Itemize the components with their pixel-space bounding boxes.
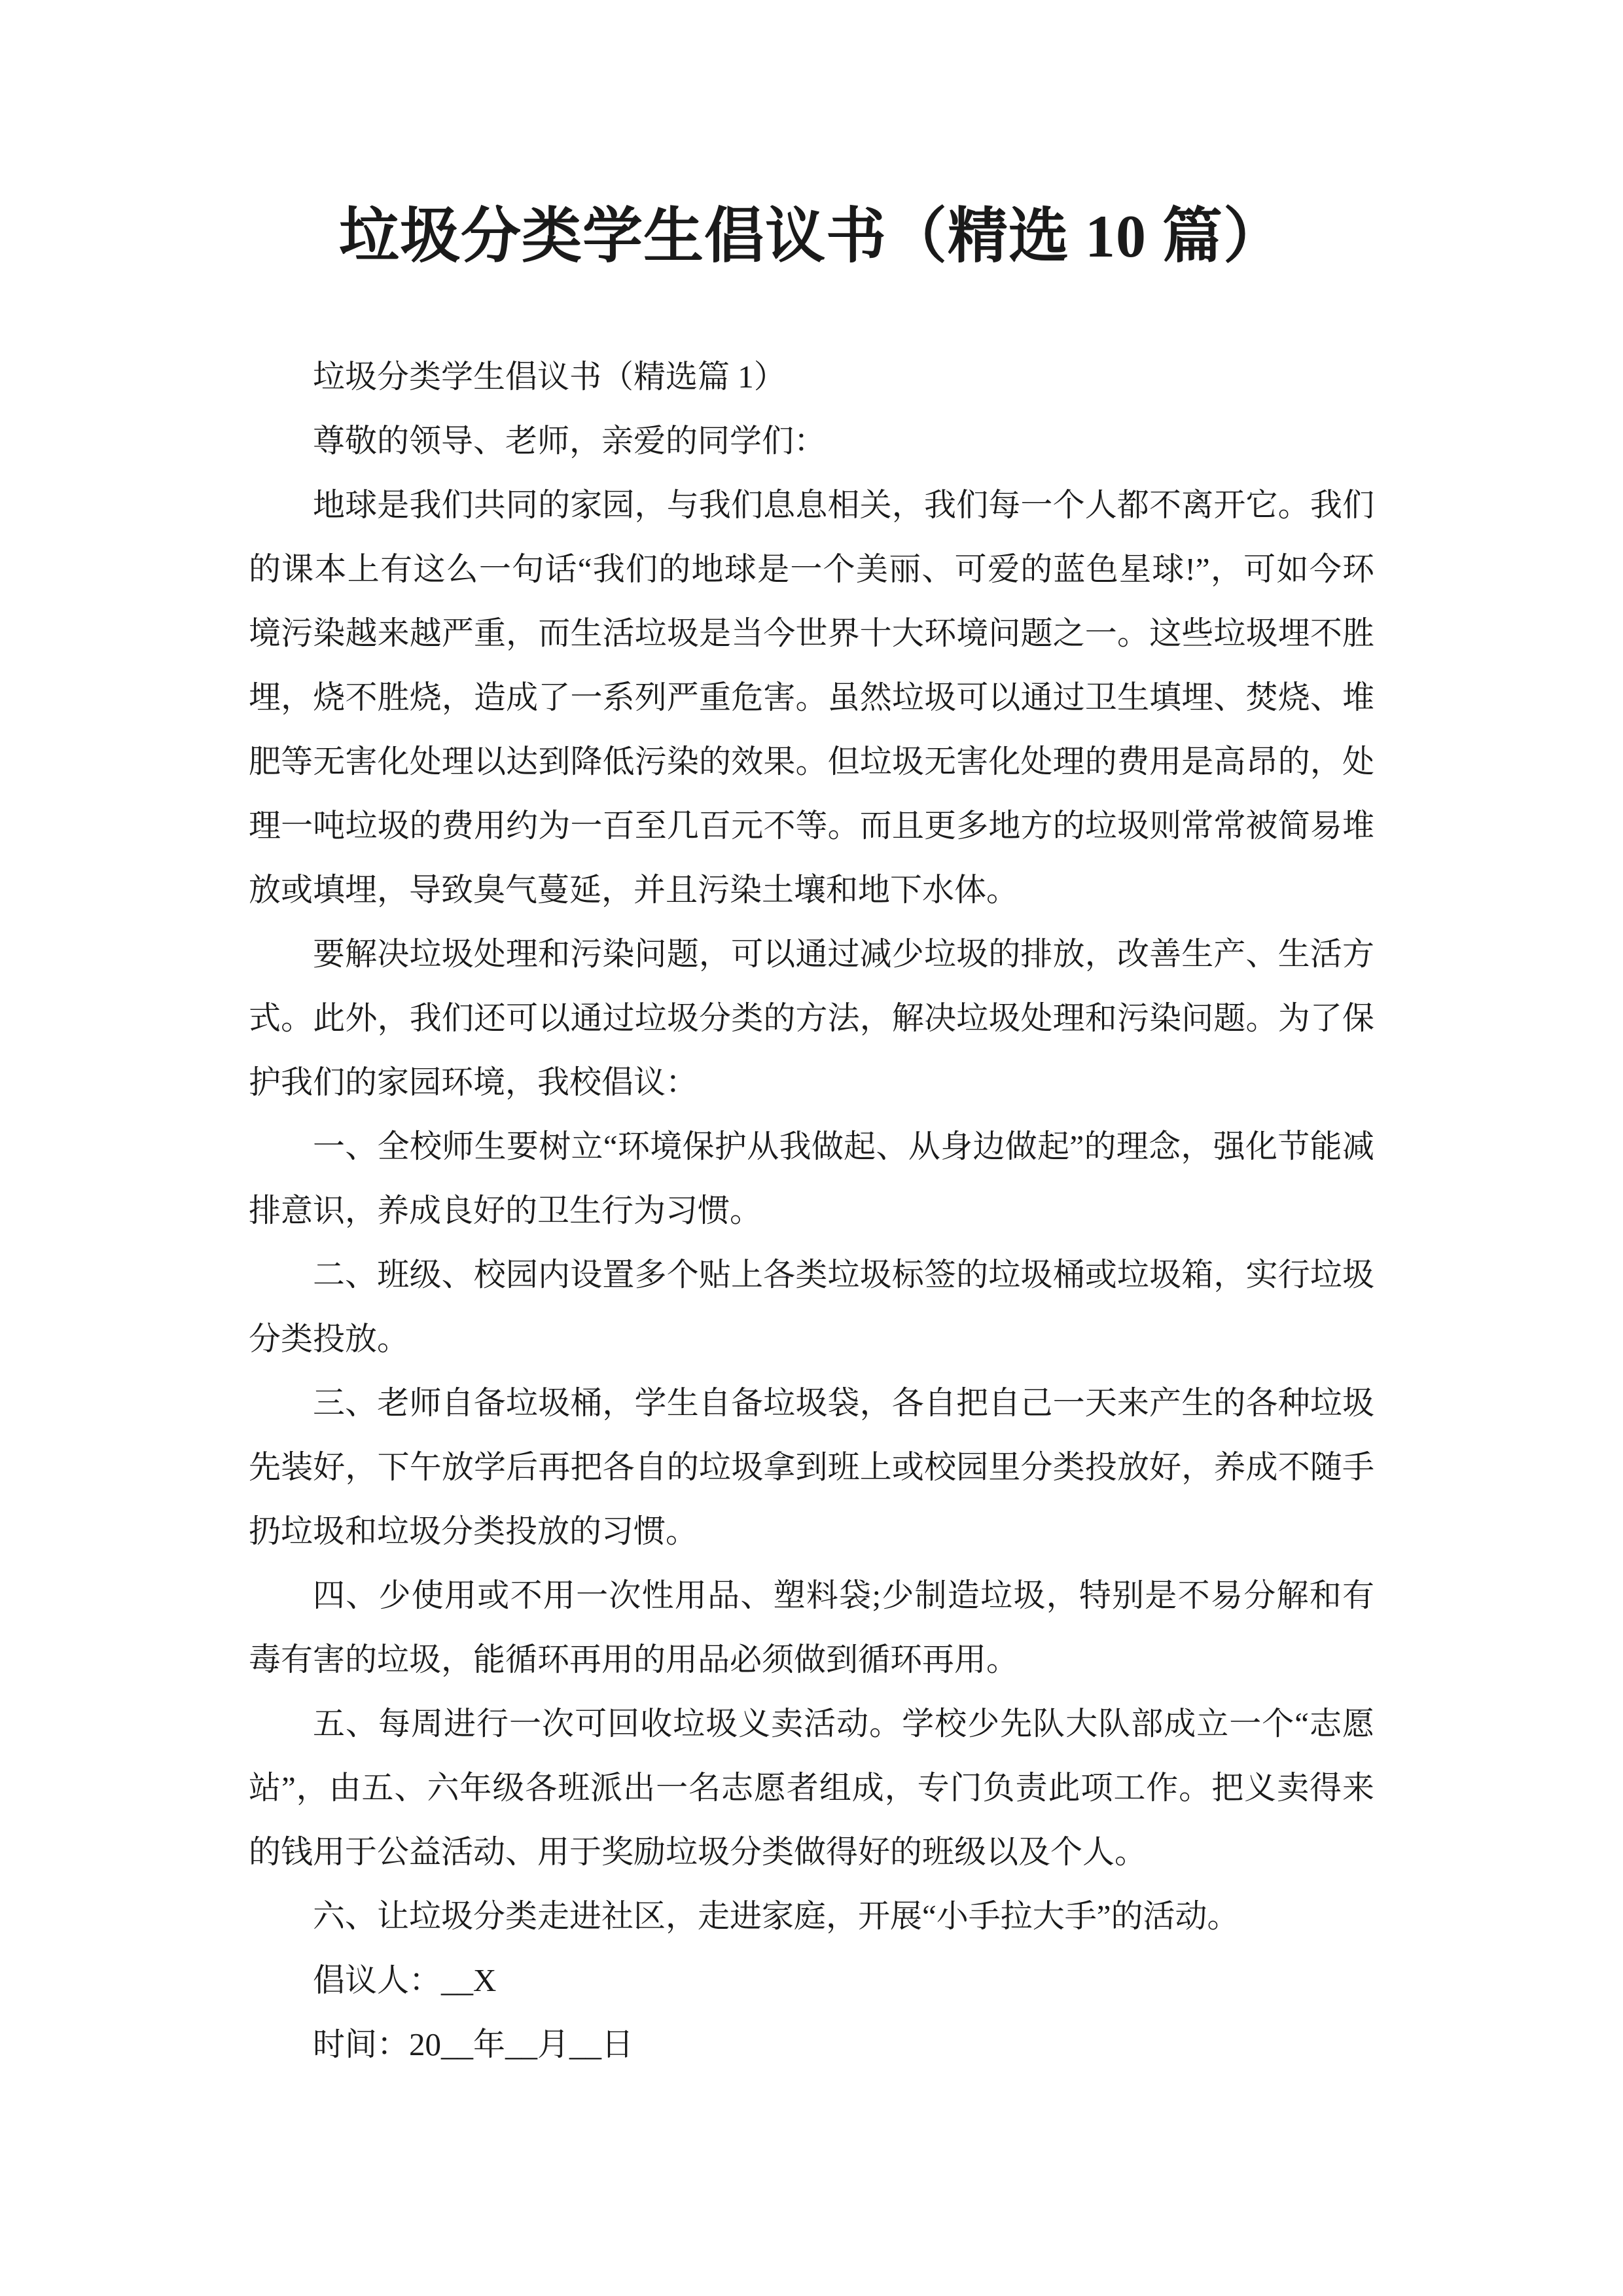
paragraph: 垃圾分类学生倡议书（精选篇 1） [249,345,1374,409]
paragraph: 五、每周进行一次可回收垃圾义卖活动。学校少先队大队部成立一个“志愿站”，由五、六… [249,1692,1374,1884]
paragraph: 尊敬的领导、老师，亲爱的同学们： [249,409,1374,473]
document-body: 垃圾分类学生倡议书（精选篇 1）尊敬的领导、老师，亲爱的同学们：地球是我们共同的… [249,345,1374,2077]
paragraph: 二、班级、校园内设置多个贴上各类垃圾标签的垃圾桶或垃圾箱，实行垃圾分类投放。 [249,1243,1374,1371]
paragraph: 三、老师自备垃圾桶，学生自备垃圾袋，各自把自己一天来产生的各种垃圾先装好，下午放… [249,1371,1374,1564]
paragraph: 四、少使用或不用一次性用品、塑料袋;少制造垃圾，特别是不易分解和有毒有害的垃圾，… [249,1564,1374,1692]
document-title: 垃圾分类学生倡议书（精选 10 篇） [249,0,1374,266]
paragraph: 六、让垃圾分类走进社区，走进家庭，开展“小手拉大手”的活动。 [249,1884,1374,1948]
document-page: 垃圾分类学生倡议书（精选 10 篇） 垃圾分类学生倡议书（精选篇 1）尊敬的领导… [0,0,1623,2296]
paragraph: 一、全校师生要树立“环境保护从我做起、从身边做起”的理念，强化节能减排意识，养成… [249,1115,1374,1243]
paragraph: 倡议人：__X [249,1948,1374,2013]
paragraph: 时间：20__年__月__日 [249,2013,1374,2077]
paragraph: 地球是我们共同的家园，与我们息息相关，我们每一个人都不离开它。我们的课本上有这么… [249,473,1374,922]
paragraph: 要解决垃圾处理和污染问题，可以通过减少垃圾的排放，改善生产、生活方式。此外，我们… [249,922,1374,1115]
